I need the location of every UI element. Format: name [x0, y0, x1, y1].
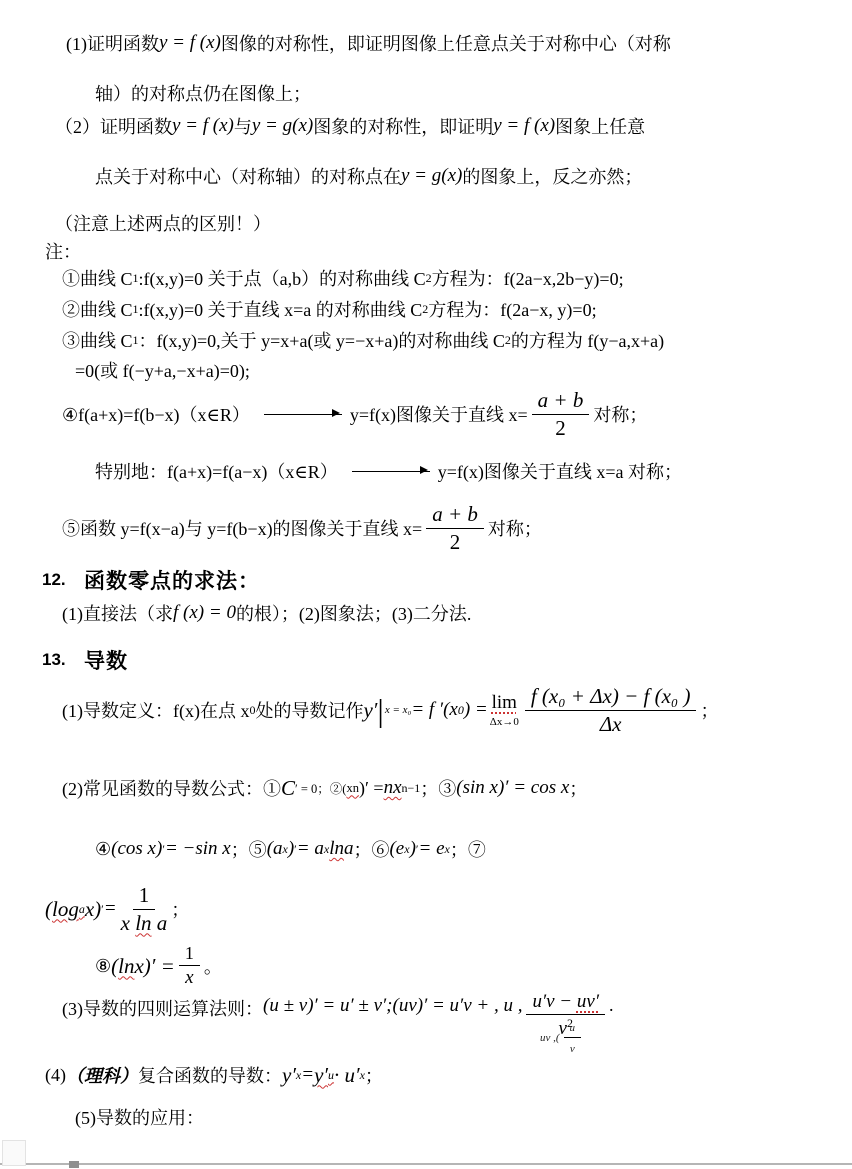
- para-curve-3a: ③曲线 C1：f(x,y)=0,关于 y=x+a(或 y=−x+a)的对称曲线 …: [62, 327, 664, 353]
- long-arrow-icon: [264, 414, 342, 415]
- text-segment: xn: [346, 781, 359, 796]
- text-segment: uv′: [577, 991, 599, 1012]
- text-segment: y=f(x)图像关于直线 x=: [350, 401, 528, 427]
- text-segment: 方程为：f(2a−x,2b−y)=0;: [432, 265, 624, 291]
- text-segment: log: [52, 897, 79, 922]
- para-ln-derivative: ⑧ (ln x)′ =1x 。: [95, 940, 222, 992]
- text-segment: x: [121, 911, 136, 935]
- fraction: 1x: [179, 943, 200, 989]
- text-segment: =0(或 f(−y+a,−x+a)=0);: [75, 357, 250, 383]
- text-segment: (e: [389, 838, 404, 860]
- text-segment: y = g(x): [401, 165, 462, 187]
- para-log-derivative: (loga x)′= 1x ln a；: [45, 882, 189, 936]
- text-segment: =: [104, 898, 117, 920]
- text-segment: = −sin x: [165, 838, 231, 860]
- text-segment: 1: [139, 883, 150, 907]
- horizontal-scrollbar[interactable]: [0, 1163, 852, 1165]
- text-segment: (sin x)′ = cos x: [456, 777, 569, 799]
- text-segment: ；: [700, 697, 718, 723]
- text-segment: (4): [45, 1065, 66, 1086]
- para-sym-proof-1b: 轴）的对称点仍在图像上；: [95, 80, 311, 106]
- text-segment: :f(x,y)=0 关于点（a,b）的对称曲线 C: [139, 265, 426, 291]
- text-segment: Δx: [600, 712, 622, 736]
- text-segment: 对称；: [488, 515, 542, 541]
- text-segment: 处的导数记作: [255, 697, 363, 723]
- para-derivative-definition: (1)导数定义：f(x)在点 x0 处的导数记作 y′|x = x₀ = f ′…: [62, 672, 718, 748]
- text-segment: )′ =: [359, 778, 384, 799]
- text-segment: (: [45, 897, 52, 922]
- para-curve-1: ①曲线 C1:f(x,y)=0 关于点（a,b）的对称曲线 C2 方程为：f(2…: [62, 265, 624, 291]
- text-segment: uv ,(: [540, 1032, 560, 1044]
- text-segment: = a: [297, 838, 324, 860]
- text-segment: 。: [204, 953, 222, 979]
- text-segment: 图象的对称性，即证明: [313, 113, 493, 139]
- text-segment: =: [301, 1064, 314, 1086]
- text-segment: 点关于对称中心（对称轴）的对称点在: [95, 163, 401, 189]
- text-segment: (5)导数的应用：: [75, 1104, 204, 1130]
- fraction: a + b2: [532, 388, 590, 441]
- text-segment: = f ′(x: [411, 699, 458, 721]
- text-segment: ；⑤: [231, 836, 267, 862]
- para-zero-methods: (1)直接法（求 f (x) = 0 的根）；(2)图象法；(3)二分法.: [62, 600, 471, 626]
- text-segment: y = f (x): [493, 115, 555, 137]
- text-segment: 2: [450, 530, 461, 554]
- page-corner-box: [2, 1140, 26, 1166]
- text-segment: ④: [95, 839, 111, 860]
- text-segment: 特别地：f(a+x)=f(a−x)（x∈R）: [95, 458, 338, 484]
- text-segment: y = f (x): [159, 32, 221, 54]
- text-segment: ；③: [420, 775, 456, 801]
- para-derivative-rules-fragment: uv ,( uv: [540, 1018, 585, 1057]
- text-segment: = e: [419, 838, 445, 860]
- text-segment: 的方程为 f(y−a,x+a): [511, 327, 664, 353]
- text-segment: ②曲线 C: [62, 296, 133, 322]
- para-composite-derivative: (4) （理科）复合函数的导数： y′x = y′u · u′x；: [45, 1062, 383, 1088]
- scrollbar-handle[interactable]: [69, 1161, 79, 1168]
- text-segment: ；: [171, 896, 189, 922]
- text-segment: n−1: [402, 781, 421, 796]
- text-segment: y = f (x): [172, 115, 234, 137]
- para-derivative-application: (5)导数的应用：: [75, 1104, 204, 1130]
- text-segment: 图像的对称性，即证明图像上任意点关于对称中心（对称: [221, 30, 671, 56]
- text-segment: (1)直接法（求: [62, 600, 173, 626]
- text-segment: x)′ =: [134, 954, 174, 979]
- text-segment: v: [570, 1043, 575, 1055]
- para-curve-5: ⑤函数 y=f(x−a)与 y=f(b−x)的图像关于直线 x=a + b2对称…: [62, 500, 542, 556]
- para-curve-2: ②曲线 C1:f(x,y)=0 关于直线 x=a 的对称曲线 C2 方程为：f(…: [62, 296, 597, 322]
- section-13-number: 13.: [42, 650, 84, 670]
- limit-stack: limΔx→0: [490, 692, 519, 728]
- text-segment: 对称；: [593, 401, 647, 427]
- text-segment: (1)证明函数: [66, 30, 159, 56]
- text-segment: a + b: [432, 502, 478, 526]
- text-segment: f (x) = 0: [173, 602, 236, 624]
- text-segment: (: [111, 954, 118, 979]
- fraction: f (x₀ + Δx) − f (x₀ )Δx: [525, 684, 697, 737]
- text-segment: ③曲线 C: [62, 327, 133, 353]
- text-segment: ln: [329, 838, 344, 860]
- fraction: uv: [564, 1018, 582, 1057]
- text-segment: x: [185, 967, 193, 988]
- text-segment: （理科）: [66, 1062, 138, 1088]
- text-segment: 复合函数的导数：: [138, 1062, 282, 1088]
- para-note-difference: （注意上述两点的区别！）: [55, 210, 271, 236]
- para-derivative-formulas-2: ④(cos x)′ = −sin x；⑤(ax)′ = ax ln a；⑥(ex…: [95, 836, 486, 862]
- text-segment: ；: [569, 775, 587, 801]
- para-special-case: 特别地：f(a+x)=f(a−x)（x∈R）y=f(x)图像关于直线 x=a 对…: [95, 458, 682, 484]
- text-segment: · u′: [334, 1063, 360, 1088]
- para-derivative-rules: (3)导数的四则运算法则： (u ± v)′ = u′ ± v′;(uv)′ =…: [62, 995, 613, 1040]
- text-segment: a: [152, 911, 168, 935]
- text-segment: u: [570, 1022, 576, 1034]
- para-sym-proof-2a: （2）证明函数 y = f (x) 与 y = g(x) 图象的对称性，即证明 …: [55, 113, 645, 139]
- text-segment: ；⑥: [353, 836, 389, 862]
- text-segment: y=f(x)图像关于直线 x=a 对称；: [438, 458, 682, 484]
- text-segment: 2: [555, 416, 566, 440]
- text-segment: ①曲线 C: [62, 265, 133, 291]
- text-segment: y′: [363, 698, 377, 723]
- text-segment: x): [85, 897, 101, 922]
- para-derivative-formulas-1: (2)常见函数的导数公式：① C ′ = 0；②(xn )′ = nxn−1 ；…: [62, 770, 587, 806]
- text-segment: ′ = 0；②(: [295, 779, 346, 797]
- text-segment: (u ± v)′ = u′ ± v′;(uv)′ = u′v + , u ,: [263, 995, 522, 1017]
- text-segment: (2)常见函数的导数公式：①: [62, 775, 281, 801]
- para-note-label: 注：: [45, 238, 81, 264]
- fraction: a + b2: [426, 502, 484, 555]
- text-segment: x = x₀: [385, 704, 412, 716]
- text-segment: 的根）；(2)图象法；(3)二分法.: [236, 600, 471, 626]
- text-segment: （注意上述两点的区别！）: [55, 210, 271, 236]
- section-13-title: 导数: [84, 645, 128, 675]
- text-segment: 图象上任意: [555, 113, 645, 139]
- text-segment: y′: [314, 1063, 328, 1088]
- text-segment: :f(x,y)=0 关于直线 x=a 的对称曲线 C: [139, 296, 423, 322]
- text-segment: （2）证明函数: [55, 113, 172, 139]
- text-segment: f (x₀ + Δx) − f (x₀ ): [531, 684, 691, 708]
- para-sym-proof-2b: 点关于对称中心（对称轴）的对称点在 y = g(x) 的图象上，反之亦然；: [95, 163, 642, 189]
- text-segment: 与: [234, 113, 252, 139]
- para-curve-3b: =0(或 f(−y+a,−x+a)=0);: [75, 357, 250, 383]
- text-segment: a + b: [538, 388, 584, 412]
- text-segment: ln: [135, 911, 151, 935]
- text-segment: ；: [365, 1062, 383, 1088]
- fraction: 1x ln a: [121, 883, 168, 936]
- text-segment: ⑧: [95, 956, 111, 977]
- long-arrow-icon: [352, 471, 430, 472]
- section-12-number: 12.: [42, 570, 84, 590]
- text-segment: ) =: [464, 699, 488, 721]
- text-segment: 方程为：f(2a−x, y)=0;: [428, 296, 596, 322]
- para-curve-4: ④f(a+x)=f(b−x)（x∈R）y=f(x)图像关于直线 x=a + b2…: [62, 385, 647, 443]
- text-segment: (a: [267, 838, 283, 860]
- text-segment: (cos x): [111, 838, 162, 860]
- document-page: (1)证明函数 y = f (x) 图像的对称性，即证明图像上任意点关于对称中心…: [0, 0, 852, 1169]
- text-segment: a: [344, 838, 354, 860]
- para-sym-proof-1a: (1)证明函数 y = f (x) 图像的对称性，即证明图像上任意点关于对称中心…: [66, 30, 671, 56]
- section-12-title: 函数零点的求法：: [84, 565, 260, 595]
- text-segment: nx: [384, 777, 402, 799]
- text-segment: ④f(a+x)=f(b−x)（x∈R）: [62, 401, 250, 427]
- text-segment: ⑤函数 y=f(x−a)与 y=f(b−x)的图像关于直线 x=: [62, 515, 422, 541]
- section-12-heading: 12. 函数零点的求法：: [42, 565, 260, 595]
- text-segment: C: [281, 776, 295, 801]
- text-segment: (3)导数的四则运算法则：: [62, 995, 263, 1021]
- text-segment: u′v −: [532, 991, 576, 1012]
- text-segment: 轴）的对称点仍在图像上；: [95, 80, 311, 106]
- text-segment: y = g(x): [252, 115, 313, 137]
- text-segment: ln: [118, 954, 134, 979]
- section-13-heading: 13. 导数: [42, 645, 128, 675]
- text-segment: .: [609, 995, 614, 1016]
- text-segment: 的图象上，反之亦然；: [462, 163, 642, 189]
- text-segment: ；⑦: [450, 836, 486, 862]
- text-segment: 1: [185, 943, 194, 963]
- text-segment: (1)导数定义：f(x)在点 x: [62, 697, 249, 723]
- text-segment: 注：: [45, 238, 81, 264]
- text-segment: y′: [282, 1063, 296, 1088]
- text-segment: ：f(x,y)=0,关于 y=x+a(或 y=−x+a)的对称曲线 C: [139, 327, 505, 353]
